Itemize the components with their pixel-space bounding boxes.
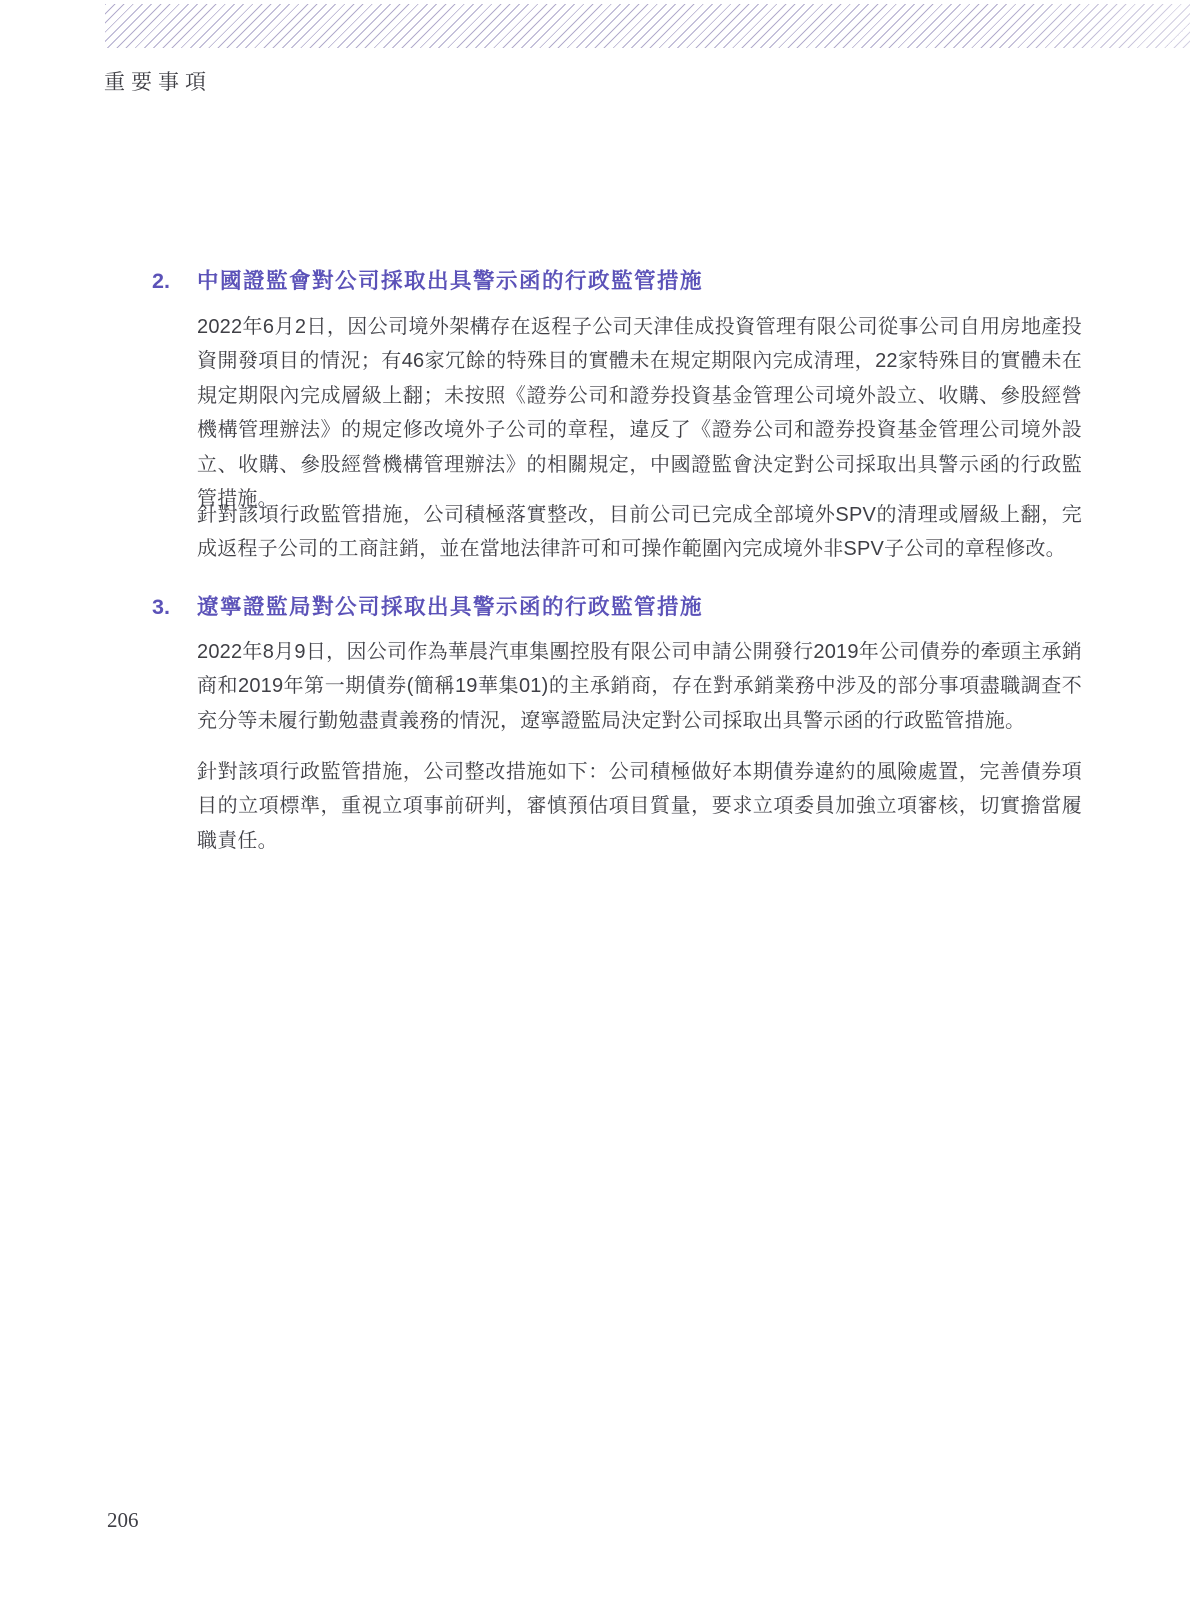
diagonal-hatch-band bbox=[105, 4, 1190, 48]
section-2-paragraph-1: 2022年6月2日，因公司境外架構存在返程子公司天津佳成投資管理有限公司從事公司… bbox=[197, 310, 1082, 516]
section-2-title: 中國證監會對公司採取出具警示函的行政監管措施 bbox=[197, 268, 703, 295]
section-3-paragraph-2: 針對該項行政監管措施，公司整改措施如下：公司積極做好本期債券違約的風險處置，完善… bbox=[197, 755, 1082, 858]
report-page: 重要事項 2. 中國證監會對公司採取出具警示函的行政監管措施 2022年6月2日… bbox=[0, 0, 1190, 1615]
section-2-paragraph-2: 針對該項行政監管措施，公司積極落實整改，目前公司已完成全部境外SPV的清理或層級… bbox=[197, 498, 1082, 567]
section-2-heading: 2. 中國證監會對公司採取出具警示函的行政監管措施 bbox=[152, 268, 703, 295]
section-3-heading: 3. 遼寧證監局對公司採取出具警示函的行政監管措施 bbox=[152, 594, 703, 621]
section-3-title: 遼寧證監局對公司採取出具警示函的行政監管措施 bbox=[197, 594, 703, 621]
section-3-paragraph-1: 2022年8月9日，因公司作為華晨汽車集團控股有限公司申請公開發行2019年公司… bbox=[197, 635, 1082, 738]
section-3-number: 3. bbox=[152, 594, 197, 621]
section-2-number: 2. bbox=[152, 268, 197, 295]
running-header: 重要事項 bbox=[104, 66, 212, 96]
page-number: 206 bbox=[107, 1508, 139, 1533]
